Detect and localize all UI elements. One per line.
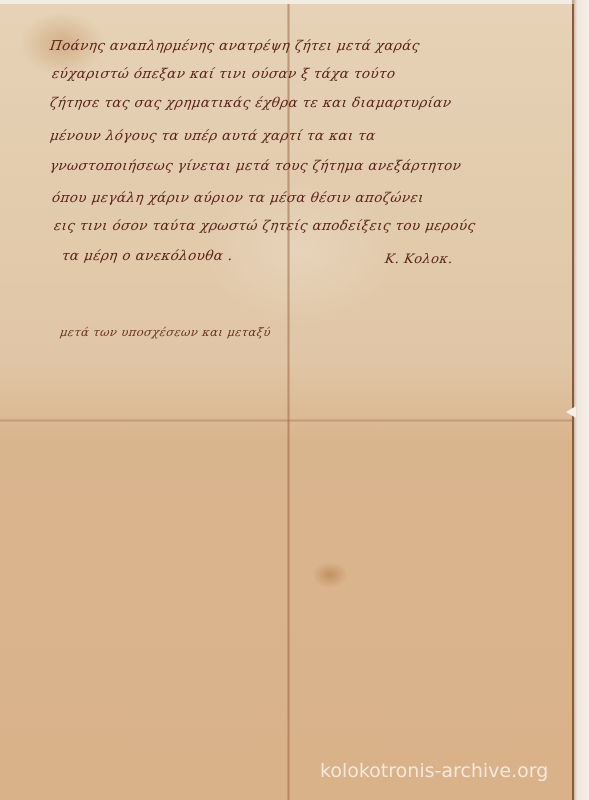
vertical-fold-crease (287, 4, 290, 800)
horizontal-fold-crease (0, 419, 574, 422)
text-line-4: μένουν λόγους τα υπέρ αυτά χαρτί τα και … (49, 128, 377, 144)
signature: Κ. Κολοκ. (384, 252, 454, 267)
text-line-2: εύχαριστώ όπεξαν καί τινι ούσαν ξ τάχα τ… (51, 66, 397, 82)
text-line-7: εις τινι όσον ταύτα χρωστώ ζητείς αποδεί… (53, 218, 477, 234)
text-line-8: τα μέρη ο ανεκόλουθα . (61, 248, 234, 264)
archive-watermark: kolokotronis-archive.org (320, 760, 548, 782)
scan-backdrop (572, 0, 589, 800)
footnote-line: μετά των υποσχέσεων και μεταξύ (59, 325, 272, 339)
text-line-6: όπου μεγάλη χάριν αύριον τα μέσα θέσιν α… (51, 190, 425, 206)
text-line-3: ζήτησε τας σας χρηματικάς έχθρα τε και δ… (49, 95, 453, 111)
edge-tear (566, 406, 576, 418)
text-line-5: γνωστοποιήσεως γίνεται μετά τους ζήτημα … (49, 158, 463, 174)
text-line-1: Ποάνης αναπληρμένης ανατρέψη ζήτει μετά … (49, 38, 421, 54)
